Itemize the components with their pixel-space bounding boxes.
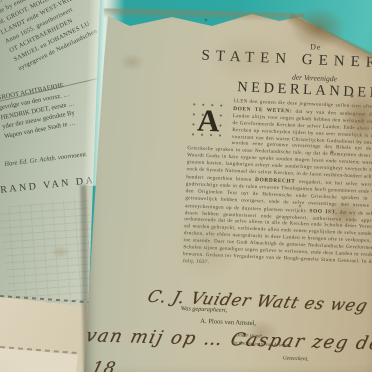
body-segment-emphasis: DOEN TE WETEN: [233, 106, 292, 114]
right-page: De STATEN GENERAEL der Vereenigde NEDERL… [84, 0, 372, 372]
body-segment: vergadert, tot het selve werck eenige ge… [185, 180, 372, 214]
body-segment-emphasis: SOO IST, [309, 208, 337, 215]
decorated-initial: A [188, 98, 230, 144]
colophon-signer: A. Ploos van Amstel, [200, 318, 256, 327]
body-segment-emphasis: DORDRECHT [255, 177, 296, 185]
left-page-attestation: Hare Ed. Gr. Achtb. voornoemt. [4, 151, 88, 168]
handwriting-line-3: 18 … [90, 358, 143, 372]
colophon-geteeckent: Geteeckent, [283, 355, 309, 362]
right-page-content: De STATEN GENERAEL der Vereenigde NEDERL… [176, 9, 372, 372]
act-body-text: ALLEN den geenen die dese jegenwoordige … [183, 97, 372, 275]
torn-edge-top [104, 8, 304, 22]
photo-of-historical-document: { "colors": { "table_surface_teal": "#2f… [0, 0, 372, 372]
body-segment: dat wy de selve oversettinge by desen he… [183, 210, 372, 267]
